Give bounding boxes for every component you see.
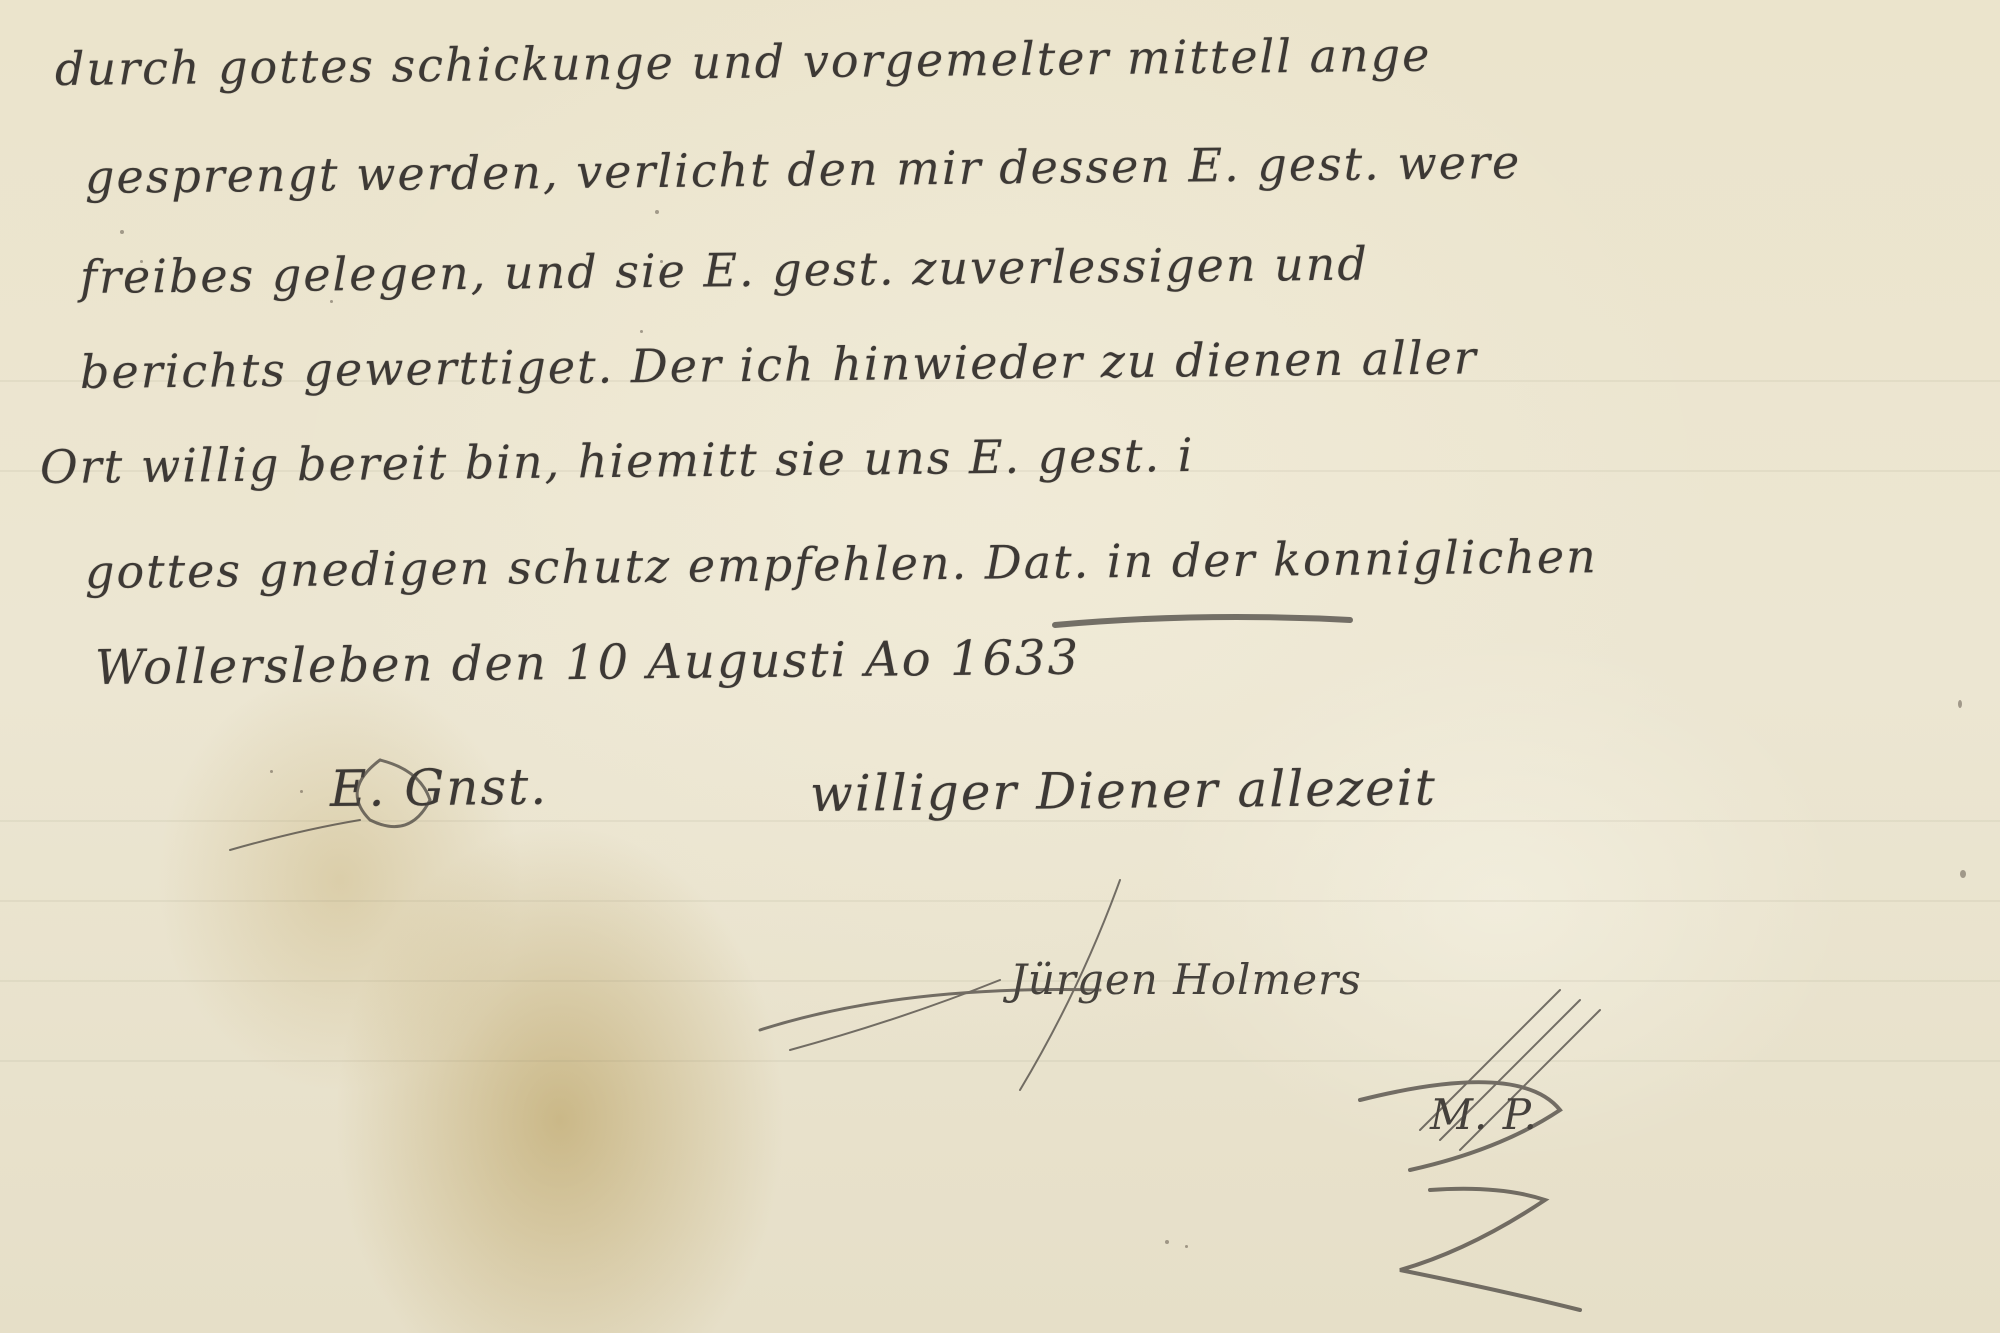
signature-initials: M. P. xyxy=(1430,1090,1538,1139)
ink-speckle xyxy=(120,230,124,234)
place-name: Wollersleben den xyxy=(95,635,566,696)
text-line-3: freibes gelegen, und sie E. gest. zuverl… xyxy=(80,237,1369,304)
date-month: Augusti xyxy=(647,632,848,690)
ink-speckle xyxy=(640,330,643,333)
ink-speckle xyxy=(1960,870,1966,878)
ink-speckle xyxy=(1165,1240,1169,1244)
bleed-through-line xyxy=(0,900,2000,902)
anno-label: Ao xyxy=(865,631,933,688)
ink-speckle xyxy=(140,260,143,263)
text-line-4: berichts gewerttiget. Der ich hinwieder … xyxy=(80,330,1478,399)
closing-salutation: E. Gnst. xyxy=(330,758,549,818)
text-line-5: Ort willig bereit bin, hiemitt sie uns E… xyxy=(40,428,1195,494)
date-day: 10 xyxy=(565,634,631,691)
text-line-1: durch gottes schickunge und vorgemelter … xyxy=(55,28,1432,96)
signature-name: Jürgen Holmers xyxy=(1010,955,1362,1004)
bleed-through-line xyxy=(0,1060,2000,1062)
ink-speckle xyxy=(1958,700,1962,708)
ink-speckle xyxy=(655,210,659,214)
closing-valediction: williger Diener allezeit xyxy=(810,758,1437,823)
date-year: 1633 xyxy=(950,630,1081,687)
date-line: Wollersleben den 10 Augusti Ao 1633 xyxy=(95,630,1081,696)
manuscript-page: durch gottes schickunge und vorgemelter … xyxy=(0,0,2000,1333)
ink-speckle xyxy=(270,770,273,773)
ink-speckle xyxy=(660,260,663,263)
ink-speckle xyxy=(300,790,303,793)
text-line-2: gesprengt werden, verlicht den mir desse… xyxy=(85,135,1522,204)
text-line-6: gottes gnedigen schutz empfehlen. Dat. i… xyxy=(85,529,1598,599)
ink-speckle xyxy=(1185,1245,1188,1248)
bleed-through-line xyxy=(0,980,2000,982)
ink-speckle xyxy=(330,300,333,303)
